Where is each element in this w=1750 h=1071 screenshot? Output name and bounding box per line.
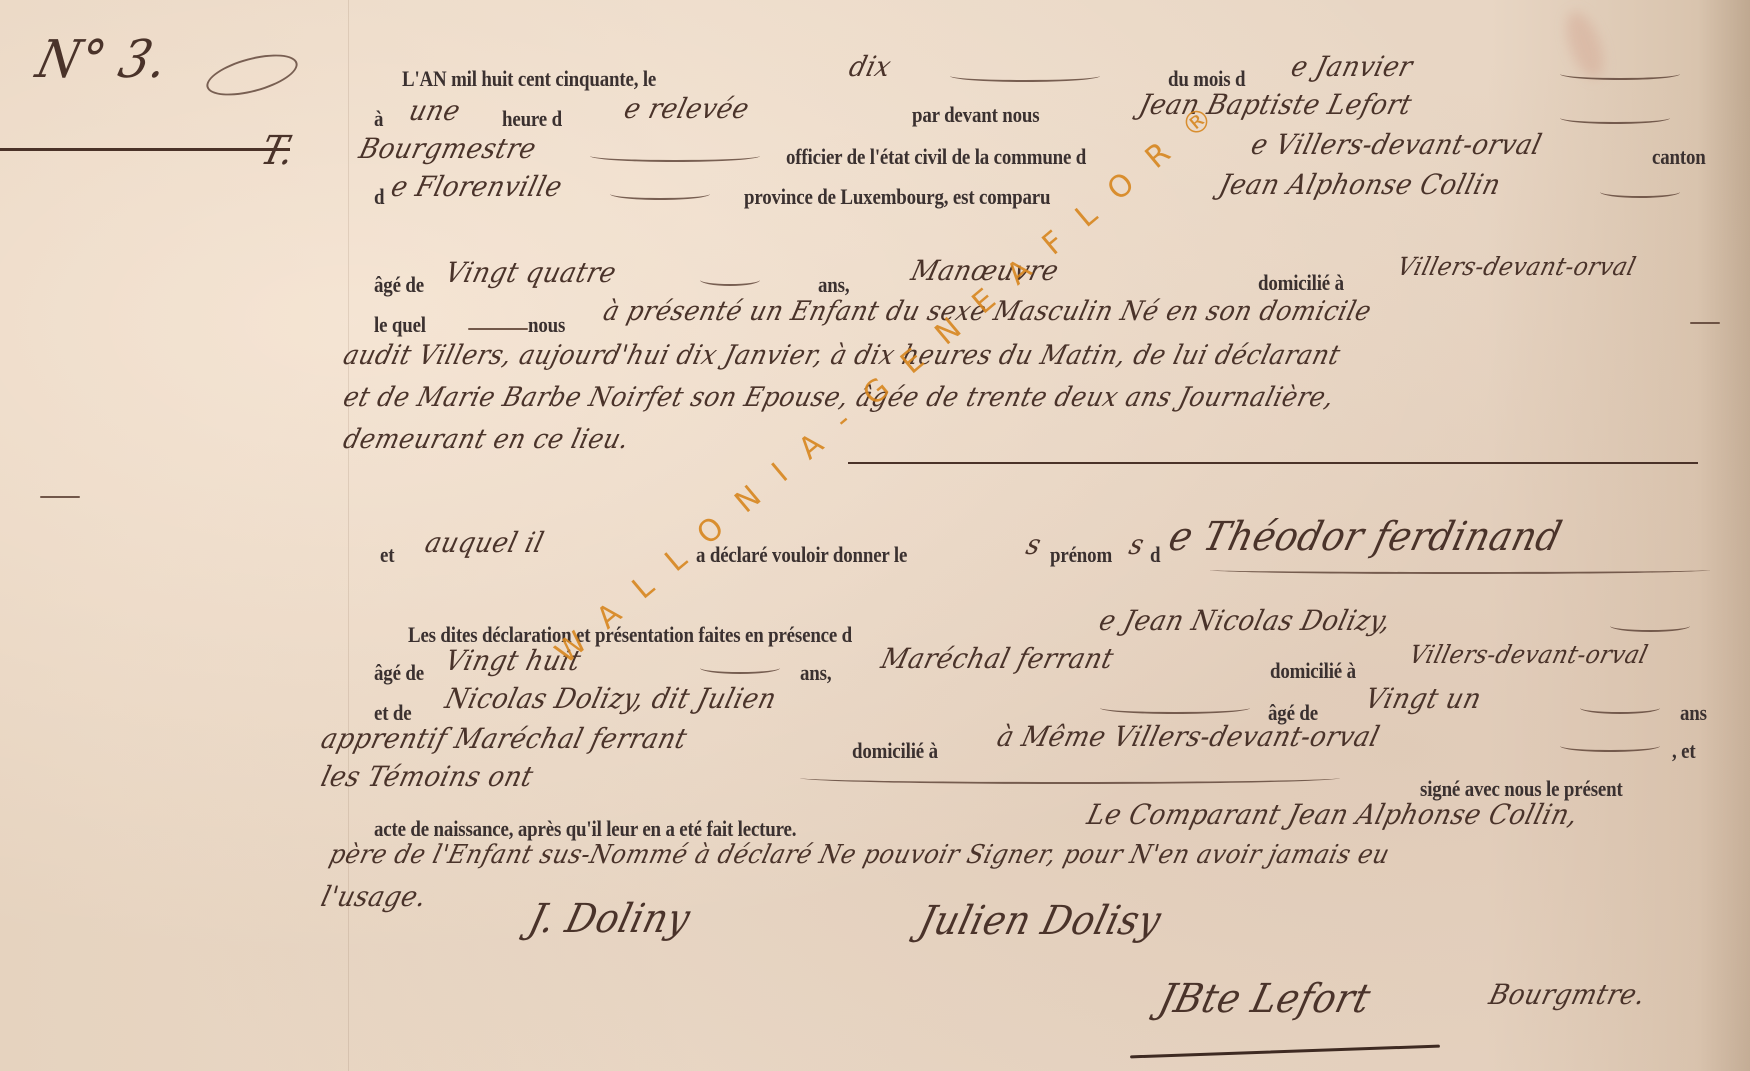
print-text: heure d: [502, 106, 562, 132]
filler-flourish: [1600, 186, 1680, 198]
handwritten-witness2-age: Vingt un: [1362, 682, 1485, 715]
number-flourish: [202, 46, 302, 103]
record-number: N° 3.: [31, 30, 175, 90]
handwritten-witness1-domicile: Villers-devant-orval: [1406, 640, 1651, 669]
print-text: âgé de: [374, 660, 424, 686]
print-text: L'AN mil huit cent cinquante, le: [402, 66, 656, 92]
print-text: , et: [1672, 738, 1695, 764]
handwritten-witness2-occupation: apprentif Maréchal ferrant: [318, 722, 691, 755]
print-text: officier de l'état civil de la commune d: [786, 144, 1086, 170]
handwritten-witness2: Nicolas Dolizy, dit Julien: [442, 682, 780, 715]
print-text: ans,: [800, 660, 831, 686]
filler-flourish: [1560, 68, 1680, 80]
print-text: domicilié à: [852, 738, 938, 764]
signature-witness2: Julien Dolisy: [914, 898, 1166, 944]
print-text: et: [380, 542, 394, 568]
handwritten-day: dix: [846, 50, 895, 83]
handwritten-witnesses: les Témoins ont: [318, 760, 537, 793]
handwritten-domicile: Villers-devant-orval: [1394, 252, 1639, 281]
signature-witness1: J. Doliny: [524, 896, 695, 942]
filler-flourish: [700, 274, 760, 286]
print-text: province de Luxembourg, est comparu: [744, 184, 1050, 210]
handwritten-child-name: e Théodor ferdinand: [1164, 514, 1566, 560]
print-text: d: [1150, 542, 1160, 568]
print-text: canton: [1652, 144, 1706, 170]
print-text: domicilié à: [1270, 658, 1356, 684]
handwritten-time-of-day: e relevée: [621, 92, 753, 125]
handwritten-commune: e Villers-devant-orval: [1248, 128, 1545, 161]
filler-flourish: [610, 188, 710, 200]
handwritten-plural: s: [1023, 528, 1045, 561]
handwritten-declarant-statement: Le Comparant Jean Alphonse Collin,: [1084, 798, 1582, 831]
handwritten-residence: demeurant en ce lieu.: [340, 424, 632, 455]
handwritten-plural: s: [1126, 528, 1148, 561]
print-text: à: [374, 106, 383, 132]
margin-note: T.: [256, 128, 299, 174]
filler-flourish: [1580, 702, 1660, 714]
print-text: acte de naissance, après qu'il leur en a…: [374, 816, 796, 842]
filler-flourish: [468, 328, 528, 330]
print-text: nous: [528, 312, 565, 338]
signature-underline: [1130, 1045, 1440, 1059]
filler-flourish: [1610, 620, 1690, 632]
print-text: ans,: [818, 272, 849, 298]
print-text: le quel: [374, 312, 426, 338]
handwritten-auquel: auquel il: [422, 526, 548, 559]
handwritten-witness1: e Jean Nicolas Dolizy,: [1096, 604, 1395, 637]
filler-flourish: [590, 150, 760, 162]
filler-flourish: [1560, 740, 1660, 752]
handwritten-usage: l'usage.: [318, 880, 430, 913]
handwritten-unable-to-sign: père de l'Enfant sus-Nommé à déclaré Ne …: [326, 840, 1392, 870]
filler-flourish: [1560, 112, 1670, 124]
handwritten-canton: e Florenville: [388, 170, 566, 203]
watermark: WALLONIA-GENEAFLOR®: [549, 83, 1240, 671]
handwritten-witness1-occupation: Maréchal ferrant: [878, 642, 1117, 675]
signature-officer: JBte Lefort: [1154, 976, 1375, 1022]
birth-record-page: N° 3. T. L'AN mil huit cent cinquante, l…: [0, 0, 1750, 1071]
print-text: d: [374, 184, 384, 210]
filler-flourish: [950, 70, 1100, 82]
handwritten-month: e Janvier: [1288, 50, 1416, 83]
signature-officer-title: Bourgmtre.: [1486, 978, 1649, 1011]
filler-flourish: [700, 662, 780, 674]
filler-flourish: [1100, 702, 1250, 714]
handwritten-witness2-domicile: à Même Villers-devant-orval: [994, 720, 1383, 753]
closing-rule: [848, 462, 1698, 464]
margin-dash: [40, 496, 80, 498]
handwritten-hour: une: [406, 94, 464, 127]
print-text: prénom: [1050, 542, 1112, 568]
print-text: par devant nous: [912, 102, 1039, 128]
name-underline: [1210, 566, 1710, 574]
handwritten-declarant-name: Jean Alphonse Collin: [1216, 168, 1504, 201]
print-text: ans: [1680, 700, 1707, 726]
handwritten-declarant-age: Vingt quatre: [442, 256, 620, 289]
handwritten-title: Bourgmestre: [356, 132, 540, 165]
print-text: a déclaré vouloir donner le: [696, 542, 907, 568]
print-text: domicilié à: [1258, 270, 1344, 296]
handwritten-birth-details: audit Villers, aujourd'hui dix Janvier, …: [340, 340, 1343, 371]
filler-flourish: [800, 772, 1340, 784]
filler-flourish: [1690, 322, 1720, 324]
print-text: âgé de: [374, 272, 424, 298]
margin-rule-line: [0, 148, 290, 151]
